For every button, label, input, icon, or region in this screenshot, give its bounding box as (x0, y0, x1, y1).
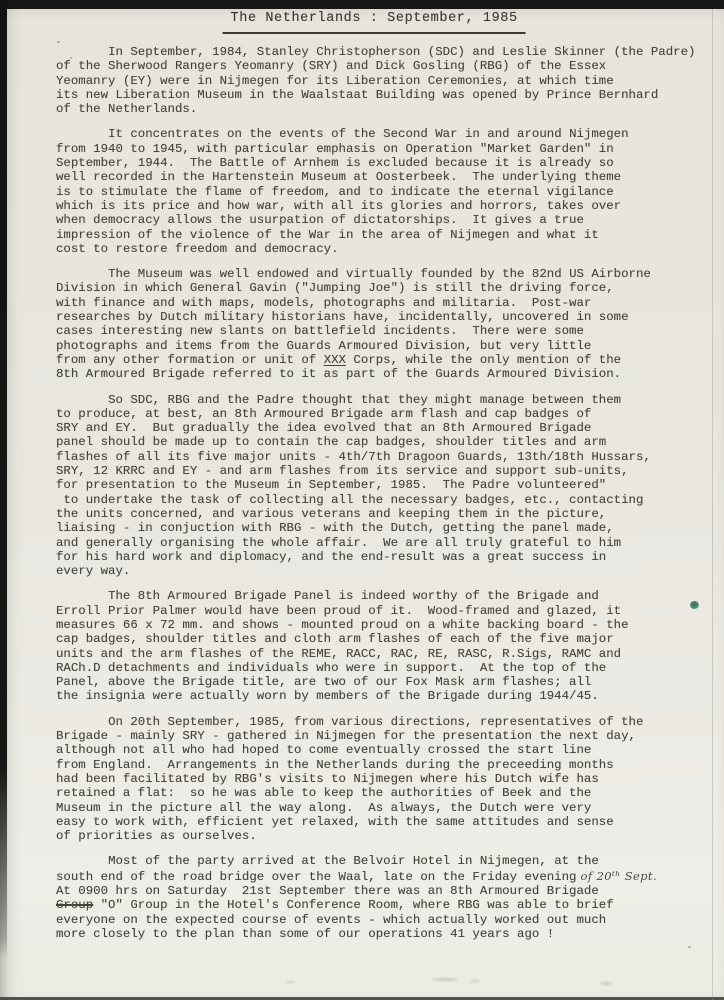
text-segment: At 0900 hrs on Saturday 21st September t… (56, 884, 599, 898)
smudge-mark (600, 982, 612, 985)
underlined-text: XXX (324, 353, 346, 367)
document-body: In September, 1984, Stanley Christophers… (56, 45, 720, 952)
paragraph: In September, 1984, Stanley Christophers… (56, 45, 720, 116)
paragraph: The Museum was well endowed and virtuall… (56, 267, 720, 381)
handwritten-annotation: of 20ᵗʰ Sept. (577, 869, 658, 883)
text-segment: The 8th Armoured Brigade Panel is indeed… (56, 589, 629, 703)
smudge-mark (286, 981, 294, 983)
text-segment: "O" Group in the Hotel's Conference Room… (56, 898, 614, 941)
page-title: The Netherlands : September, 1985 (223, 11, 526, 34)
text-segment: On 20th September, 1985, from various di… (56, 715, 643, 843)
smudge-mark (470, 980, 480, 982)
paragraph: The 8th Armoured Brigade Panel is indeed… (56, 589, 720, 703)
smudge-mark (432, 978, 458, 981)
text-segment: Most of the party arrived at the Belvoir… (56, 854, 599, 883)
text-segment: So SDC, RBG and the Padre thought that t… (56, 393, 651, 579)
paragraph: On 20th September, 1985, from various di… (56, 715, 720, 844)
title-block: The Netherlands : September, 1985 (223, 8, 526, 34)
strikethrough-text: Group (56, 898, 93, 912)
paragraph: Most of the party arrived at the Belvoir… (56, 854, 720, 941)
paragraph: It concentrates on the events of the Sec… (56, 127, 720, 256)
paragraph: So SDC, RBG and the Padre thought that t… (56, 393, 720, 579)
paper-speck (688, 946, 691, 948)
scan-edge-left (0, 0, 7, 958)
paper-speck (70, 57, 72, 59)
text-segment: It concentrates on the events of the Sec… (56, 127, 629, 255)
text-segment: In September, 1984, Stanley Christophers… (56, 45, 695, 116)
green-ink-mark (690, 601, 699, 609)
scanned-document-page: The Netherlands : September, 1985 In Sep… (0, 0, 724, 1000)
paper-speck (57, 41, 60, 43)
